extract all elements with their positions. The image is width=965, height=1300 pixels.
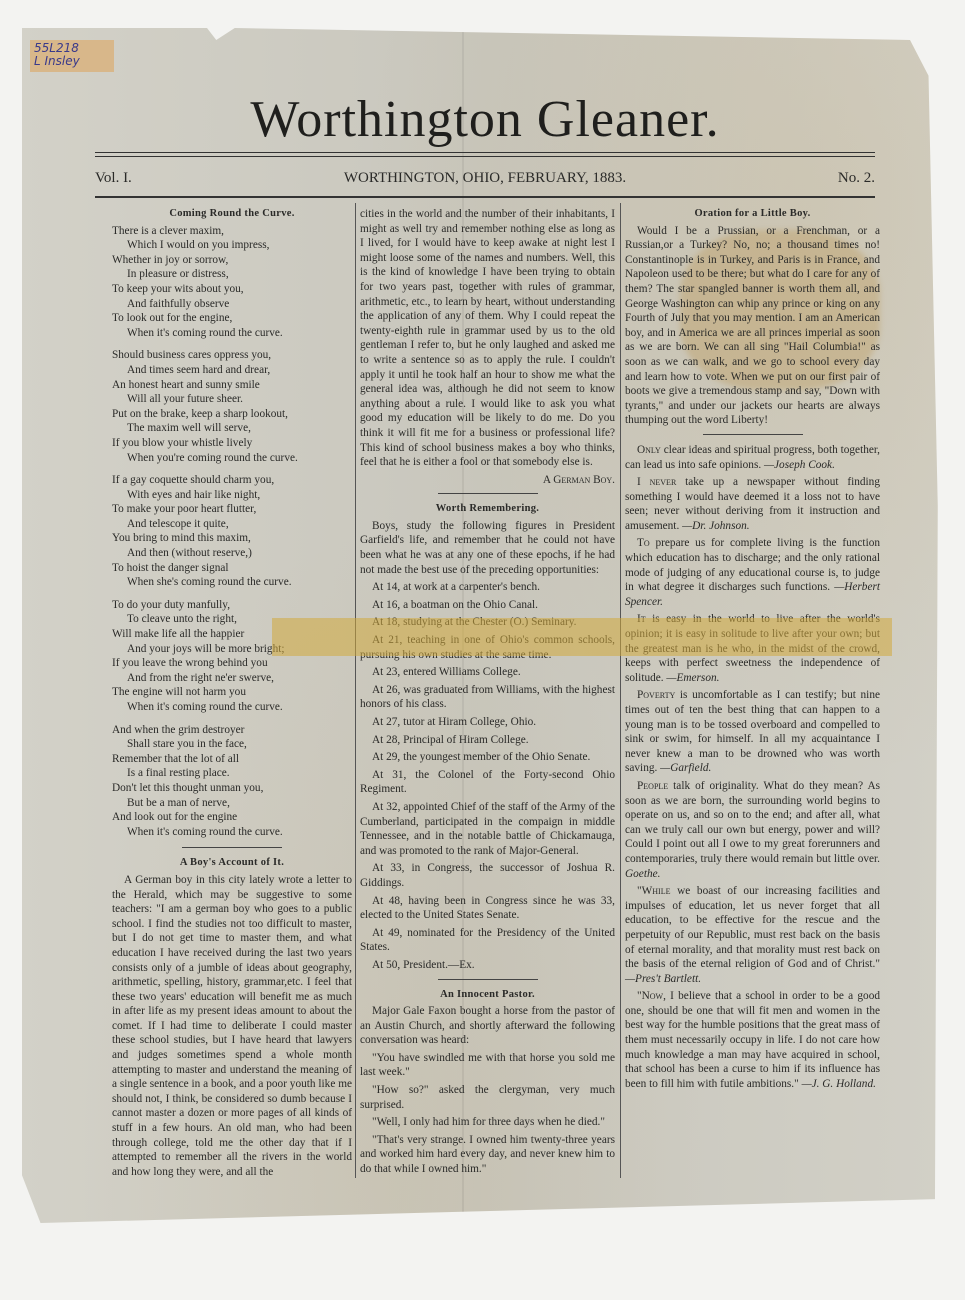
column-rule bbox=[620, 203, 621, 1178]
poem-line: If a gay coquette should charm you, bbox=[112, 473, 352, 488]
poem-line: The engine will not harm you bbox=[112, 685, 352, 700]
issue-number: No. 2. bbox=[838, 170, 875, 187]
poem-line: And then (without reserve,) bbox=[112, 546, 352, 561]
poem-line: And times seem hard and drear, bbox=[112, 363, 352, 378]
poem-line: To look out for the engine, bbox=[112, 311, 352, 326]
poem-line: Will all your future sheer. bbox=[112, 392, 352, 407]
quotations: Only clear ideas and spiritual progress,… bbox=[625, 443, 880, 1092]
poem-line: If you leave the wrong behind you bbox=[112, 656, 352, 671]
quotation: Poverty is uncomfortable as I can testif… bbox=[625, 688, 880, 776]
quote-author: —Garfield. bbox=[660, 762, 711, 774]
quote-author: —J. G. Holland. bbox=[802, 1078, 876, 1090]
quotation: I never take up a newspaper without find… bbox=[625, 475, 880, 533]
divider bbox=[703, 434, 803, 435]
article-title: Worth Remembering. bbox=[360, 502, 615, 517]
pastor-story: Major Gale Faxon bought a horse from the… bbox=[360, 1004, 615, 1177]
poem-line: Put on the brake, keep a sharp lookout, bbox=[112, 407, 352, 422]
article-text: "Well, I only had him for three days whe… bbox=[360, 1115, 615, 1130]
poem-line: And look out for the engine bbox=[112, 810, 352, 825]
poem-line: With eyes and hair like night, bbox=[112, 488, 352, 503]
masthead-rule bbox=[95, 152, 875, 153]
poem-line: To hoist the danger signal bbox=[112, 561, 352, 576]
dateline-rule bbox=[95, 196, 875, 198]
quote-author: Goethe. bbox=[625, 868, 660, 880]
stanza: Should business cares oppress you,And ti… bbox=[112, 348, 352, 465]
place-date: WORTHINGTON, OHIO, FEBRUARY, 1883. bbox=[95, 170, 875, 187]
poem-line: You bring to mind this maxim, bbox=[112, 531, 352, 546]
poem-line: And from the right ne'er swerve, bbox=[112, 671, 352, 686]
poem-line: When it's coming round the curve. bbox=[112, 700, 352, 715]
list-item: At 16, a boatman on the Ohio Canal. bbox=[360, 598, 615, 613]
quote-author: —Herbert Spencer. bbox=[625, 581, 880, 608]
list-item: At 26, was graduated from Williams, with… bbox=[360, 683, 615, 712]
list-item: At 27, tutor at Hiram College, Ohio. bbox=[360, 715, 615, 730]
column-rule bbox=[355, 203, 356, 1178]
poem-line: Don't let this thought unman you, bbox=[112, 781, 352, 796]
list-item: At 48, having been in Congress since he … bbox=[360, 894, 615, 923]
poem-line: But be a man of nerve, bbox=[112, 796, 352, 811]
list-item: At 50, President.—Ex. bbox=[360, 958, 615, 973]
poem-line: In pleasure or distress, bbox=[112, 267, 352, 282]
article-text: "You have swindled me with that horse yo… bbox=[360, 1051, 615, 1080]
poem-line: And telescope it quite, bbox=[112, 517, 352, 532]
poem-line: Shall stare you in the face, bbox=[112, 737, 352, 752]
quotation: To prepare us for complete living is the… bbox=[625, 536, 880, 609]
quote-author: —Dr. Johnson. bbox=[682, 520, 749, 532]
poem-line: When she's coming round the curve. bbox=[112, 575, 352, 590]
list-item: At 32, appointed Chief of the staff of t… bbox=[360, 800, 615, 858]
list-item: At 29, the youngest member of the Ohio S… bbox=[360, 750, 615, 765]
poem-line: There is a clever maxim, bbox=[112, 224, 352, 239]
column-1: Coming Round the Curve. There is a cleve… bbox=[112, 207, 352, 1182]
list-item: At 23, entered Williams College. bbox=[360, 665, 615, 680]
poem-line: An honest heart and sunny smile bbox=[112, 378, 352, 393]
divider bbox=[438, 979, 538, 980]
poem: There is a clever maxim,Which I would on… bbox=[112, 224, 352, 840]
poem-line: If you blow your whistle lively bbox=[112, 436, 352, 451]
divider bbox=[182, 847, 282, 848]
article-title: Coming Round the Curve. bbox=[112, 207, 352, 222]
stanza: And when the grim destroyerShall stare y… bbox=[112, 723, 352, 840]
article-text: "That's very strange. I owned him twenty… bbox=[360, 1133, 615, 1177]
article-title: Oration for a Little Boy. bbox=[625, 207, 880, 222]
quote-author: —Joseph Cook. bbox=[764, 459, 835, 471]
poem-line: Which I would on you impress, bbox=[112, 238, 352, 253]
poem-line: The maxim well will serve, bbox=[112, 421, 352, 436]
quote-author: —Pres't Bartlett. bbox=[625, 973, 701, 985]
poem-line: When it's coming round the curve. bbox=[112, 825, 352, 840]
masthead-title: Worthington Gleaner. bbox=[95, 90, 875, 149]
list-item: At 31, the Colonel of the Forty-second O… bbox=[360, 768, 615, 797]
signature: A German Boy. bbox=[360, 473, 615, 488]
poem-line: When you're coming round the curve. bbox=[112, 451, 352, 466]
quotation: "Now, I believe that a school in order t… bbox=[625, 989, 880, 1091]
quotation: People talk of originality. What do they… bbox=[625, 779, 880, 881]
article-text: "How so?" asked the clergyman, very much… bbox=[360, 1083, 615, 1112]
article-title: A Boy's Account of It. bbox=[112, 856, 352, 871]
poem-line: And when the grim destroyer bbox=[112, 723, 352, 738]
stanza: There is a clever maxim,Which I would on… bbox=[112, 224, 352, 341]
tape-strip bbox=[272, 618, 892, 656]
poem-line: Should business cares oppress you, bbox=[112, 348, 352, 363]
list-item: At 33, in Congress, the successor of Jos… bbox=[360, 861, 615, 890]
column-2: cities in the world and the number of th… bbox=[360, 207, 615, 1180]
article-text: Major Gale Faxon bought a horse from the… bbox=[360, 1004, 615, 1048]
article-text: Would I be a Prussian, or a Frenchman, o… bbox=[625, 224, 880, 428]
divider bbox=[438, 493, 538, 494]
stanza: To do your duty manfully,To cleave unto … bbox=[112, 598, 352, 715]
stanza: If a gay coquette should charm you,With … bbox=[112, 473, 352, 590]
article-title: An Innocent Pastor. bbox=[360, 988, 615, 1003]
poem-line: Remember that the lot of all bbox=[112, 752, 352, 767]
poem-line: When it's coming round the curve. bbox=[112, 326, 352, 341]
poem-line: Whether in joy or sorrow, bbox=[112, 253, 352, 268]
quotation: Only clear ideas and spiritual progress,… bbox=[625, 443, 880, 472]
catalog-label: 55L218L Insley bbox=[30, 40, 114, 72]
list-item: At 28, Principal of Hiram College. bbox=[360, 733, 615, 748]
quote-author: —Emerson. bbox=[666, 672, 719, 684]
poem-line: To do your duty manfully, bbox=[112, 598, 352, 613]
poem-line: To make your poor heart flutter, bbox=[112, 502, 352, 517]
poem-line: To keep your wits about you, bbox=[112, 282, 352, 297]
poem-line: And faithfully observe bbox=[112, 297, 352, 312]
article-text: A German boy in this city lately wrote a… bbox=[112, 873, 352, 1179]
list-item: At 14, at work at a carpenter's bench. bbox=[360, 580, 615, 595]
list-item: At 49, nominated for the Presidency of t… bbox=[360, 926, 615, 955]
poem-line: Is a final resting place. bbox=[112, 766, 352, 781]
article-text: Boys, study the following figures in Pre… bbox=[360, 519, 615, 577]
article-text: cities in the world and the number of th… bbox=[360, 207, 615, 470]
masthead-rule bbox=[95, 156, 875, 157]
quotation: "While we boast of our increasing facili… bbox=[625, 884, 880, 986]
